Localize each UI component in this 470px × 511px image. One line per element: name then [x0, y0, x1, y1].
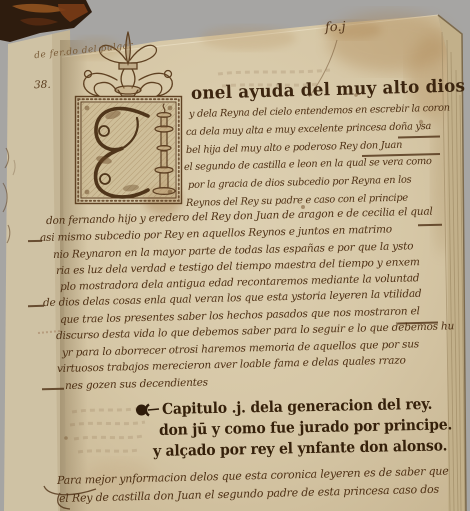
capitulum-icon — [135, 402, 161, 418]
manuscript-photo: de fer.do del pulgar 38. fo.j onel ayuda… — [0, 0, 470, 511]
folio-mark: fo.j — [325, 19, 346, 35]
pedestal-ornament — [115, 86, 141, 96]
dolphin-ornament-right — [139, 71, 172, 97]
dolphin-ornament-left — [84, 71, 117, 97]
margin-number: 38. — [34, 79, 51, 92]
